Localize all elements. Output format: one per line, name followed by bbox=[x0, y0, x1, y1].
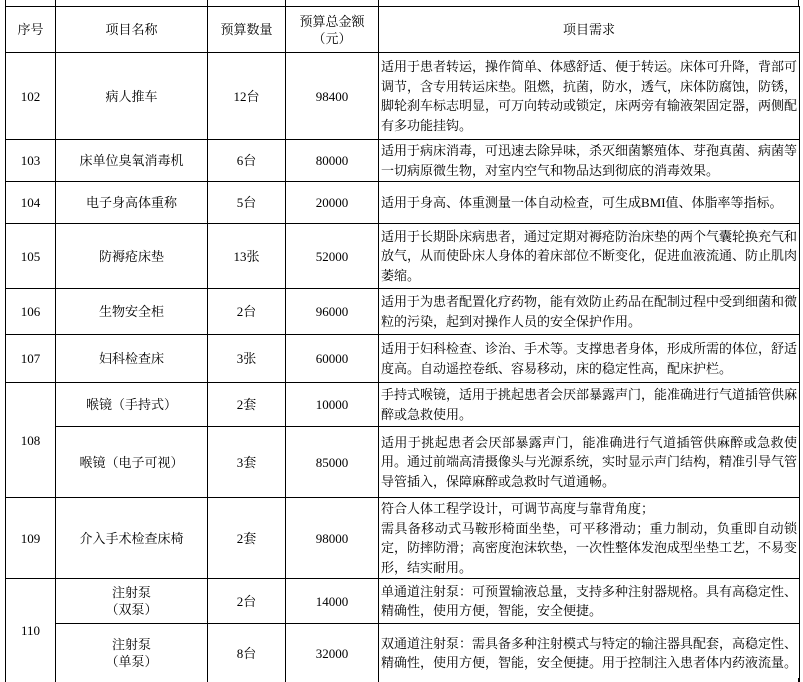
cell-budget-amount: 52000 bbox=[286, 224, 379, 289]
table-row: 注射泵 （单泵）8台32000双通道注射泵：需具备多种注射模式与特定的输注器具配… bbox=[6, 624, 800, 682]
table-row: 109介入手术检查床椅2套98000符合人体工程学设计，可调节高度与靠背角度； … bbox=[6, 498, 800, 579]
table-row: 106生物安全柜2台96000适用于为患者配置化疗药物，能有效防止药品在配制过程… bbox=[6, 289, 800, 335]
grid-line bbox=[285, 678, 286, 682]
cell-item-name: 床单位臭氧消毒机 bbox=[56, 140, 208, 182]
cell-serial-number: 108 bbox=[6, 383, 56, 498]
cell-budget-amount: 80000 bbox=[286, 140, 379, 182]
cell-budget-amount: 85000 bbox=[286, 427, 379, 498]
cell-item-name: 介入手术检查床椅 bbox=[56, 498, 208, 579]
document-page: 序号 项目名称 预算数量 预算总金额 （元） 项目需求 102病人推车12台98… bbox=[0, 0, 803, 682]
grid-line bbox=[207, 678, 208, 682]
cell-item-name: 生物安全柜 bbox=[56, 289, 208, 335]
cell-budget-amount: 96000 bbox=[286, 289, 379, 335]
header-budget-amount: 预算总金额 （元） bbox=[286, 7, 379, 53]
table-body: 102病人推车12台98400适用于患者转运，操作简单、体感舒适、便于转运。床体… bbox=[6, 53, 800, 682]
cell-requirement: 单通道注射泵：可预置输液总量，支持多种注射器规格。具有高稳定性、精确性，使用方便… bbox=[379, 579, 800, 624]
cell-budget-quantity: 5台 bbox=[208, 182, 286, 224]
cell-budget-amount: 98400 bbox=[286, 53, 379, 140]
cell-serial-number: 109 bbox=[6, 498, 56, 579]
cell-requirement: 符合人体工程学设计，可调节高度与靠背角度； 需具备移动式马鞍形椅面坐垫，可平移滑… bbox=[379, 498, 800, 579]
grid-line bbox=[798, 678, 799, 682]
cell-item-name: 注射泵 （单泵） bbox=[56, 624, 208, 682]
cell-budget-quantity: 6台 bbox=[208, 140, 286, 182]
cell-item-name: 防褥疮床垫 bbox=[56, 224, 208, 289]
cell-budget-quantity: 8台 bbox=[208, 624, 286, 682]
cell-budget-amount: 20000 bbox=[286, 182, 379, 224]
cell-item-name: 喉镜（手持式） bbox=[56, 383, 208, 427]
cell-item-name: 喉镜（电子可视） bbox=[56, 427, 208, 498]
table-row: 105防褥疮床垫13张52000适用于长期卧床病患者，通过定期对褥疮防治床垫的两… bbox=[6, 224, 800, 289]
cell-requirement: 双通道注射泵：需具备多种注射模式与特定的输注器具配套，高稳定性、精确性，使用方便… bbox=[379, 624, 800, 682]
adjacent-row-fragment-bottom bbox=[5, 678, 799, 682]
cell-requirement: 手持式喉镜，适用于挑起患者会厌部暴露声门，能准确进行气道插管供麻醉或急救使用。 bbox=[379, 383, 800, 427]
table-row: 107妇科检查床3张60000适用于妇科检查、诊治、手术等。支撑患者身体，形成所… bbox=[6, 335, 800, 383]
cell-budget-quantity: 2套 bbox=[208, 383, 286, 427]
header-serial-number: 序号 bbox=[6, 7, 56, 53]
cell-budget-quantity: 3张 bbox=[208, 335, 286, 383]
cell-budget-amount: 14000 bbox=[286, 579, 379, 624]
cell-budget-quantity: 12台 bbox=[208, 53, 286, 140]
cell-serial-number: 107 bbox=[6, 335, 56, 383]
cell-budget-amount: 60000 bbox=[286, 335, 379, 383]
cell-item-name: 电子身高体重称 bbox=[56, 182, 208, 224]
table-row: 108喉镜（手持式）2套10000手持式喉镜，适用于挑起患者会厌部暴露声门，能准… bbox=[6, 383, 800, 427]
cell-requirement: 适用于患者转运，操作简单、体感舒适、便于转运。床体可升降，背部可调节，含专用转运… bbox=[379, 53, 800, 140]
table-row: 104电子身高体重称5台20000适用于身高、体重测量一体自动检查，可生成BMI… bbox=[6, 182, 800, 224]
cell-requirement: 适用于身高、体重测量一体自动检查，可生成BMI值、体脂率等指标。 bbox=[379, 182, 800, 224]
cell-requirement: 适用于病床消毒，可迅速去除异味，杀灭细菌繁殖体、芽孢真菌、病菌等一切病原微生物，… bbox=[379, 140, 800, 182]
cell-serial-number: 104 bbox=[6, 182, 56, 224]
header-item-name: 项目名称 bbox=[56, 7, 208, 53]
cell-budget-quantity: 13张 bbox=[208, 224, 286, 289]
cell-requirement: 适用于妇科检查、诊治、手术等。支撑患者身体，形成所需的体位，舒适度高。自动遥控卷… bbox=[379, 335, 800, 383]
cell-requirement: 适用于挑起患者会厌部暴露声门，能准确进行气道插管供麻醉或急救使用。通过前端高清摄… bbox=[379, 427, 800, 498]
table-row: 103床单位臭氧消毒机6台80000适用于病床消毒，可迅速去除异味，杀灭细菌繁殖… bbox=[6, 140, 800, 182]
cell-budget-quantity: 2台 bbox=[208, 289, 286, 335]
cell-budget-quantity: 3套 bbox=[208, 427, 286, 498]
cell-budget-amount: 98000 bbox=[286, 498, 379, 579]
table-row: 喉镜（电子可视）3套85000适用于挑起患者会厌部暴露声门，能准确进行气道插管供… bbox=[6, 427, 800, 498]
cell-budget-quantity: 2台 bbox=[208, 579, 286, 624]
table-header-row: 序号 项目名称 预算数量 预算总金额 （元） 项目需求 bbox=[6, 7, 800, 53]
cell-serial-number: 105 bbox=[6, 224, 56, 289]
cell-item-name: 病人推车 bbox=[56, 53, 208, 140]
cell-requirement: 适用于长期卧床病患者，通过定期对褥疮防治床垫的两个气囊轮换充气和放气，从而使卧床… bbox=[379, 224, 800, 289]
cell-budget-quantity: 2套 bbox=[208, 498, 286, 579]
header-requirement: 项目需求 bbox=[379, 7, 800, 53]
cell-requirement: 适用于为患者配置化疗药物，能有效防止药品在配制过程中受到细菌和微粒的污染，起到对… bbox=[379, 289, 800, 335]
cell-budget-amount: 32000 bbox=[286, 624, 379, 682]
cell-serial-number: 110 bbox=[6, 579, 56, 682]
budget-table: 序号 项目名称 预算数量 预算总金额 （元） 项目需求 102病人推车12台98… bbox=[5, 6, 800, 682]
table-row: 110注射泵 （双泵）2台14000单通道注射泵：可预置输液总量，支持多种注射器… bbox=[6, 579, 800, 624]
cell-serial-number: 106 bbox=[6, 289, 56, 335]
cell-serial-number: 102 bbox=[6, 53, 56, 140]
header-budget-quantity: 预算数量 bbox=[208, 7, 286, 53]
cell-item-name: 注射泵 （双泵） bbox=[56, 579, 208, 624]
grid-line bbox=[55, 678, 56, 682]
cell-item-name: 妇科检查床 bbox=[56, 335, 208, 383]
grid-line bbox=[5, 678, 6, 682]
cell-serial-number: 103 bbox=[6, 140, 56, 182]
table-row: 102病人推车12台98400适用于患者转运，操作简单、体感舒适、便于转运。床体… bbox=[6, 53, 800, 140]
cell-budget-amount: 10000 bbox=[286, 383, 379, 427]
grid-line bbox=[378, 678, 379, 682]
